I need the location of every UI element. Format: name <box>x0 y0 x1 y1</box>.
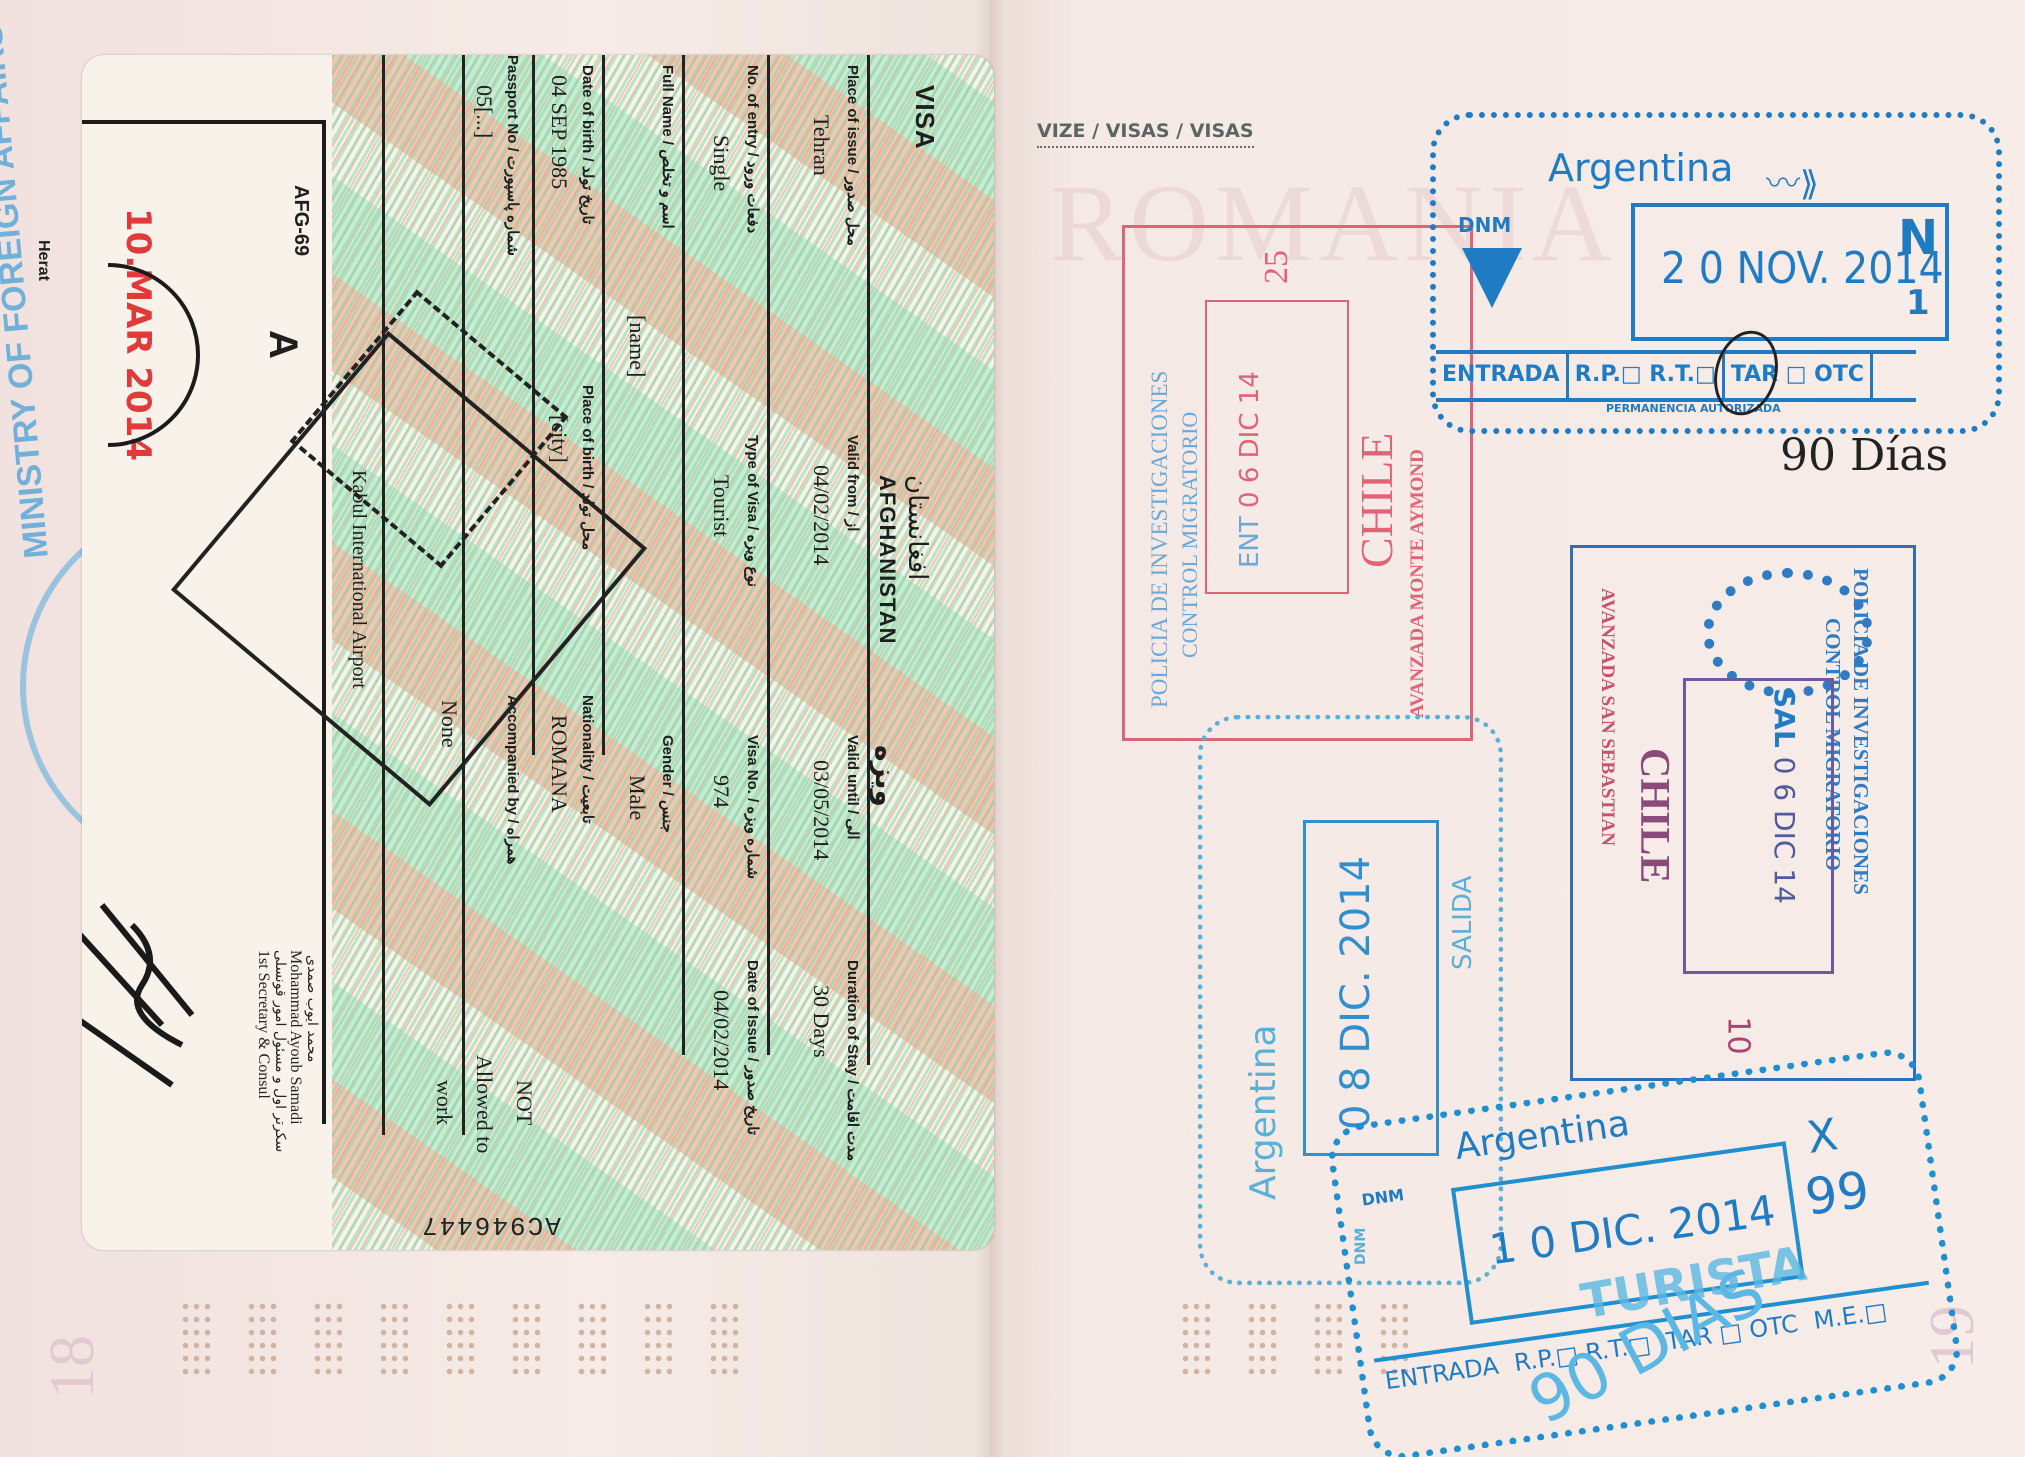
chile-exit-number: 10 <box>1721 1016 1756 1054</box>
chile-entry-country: CHILE <box>1350 433 1403 568</box>
argentina-exit-type: SALIDA <box>1448 876 1478 970</box>
field-value-nationality: ROMANA <box>546 715 572 813</box>
chile-entry-place: AVANZADA MONTE AYMOND <box>1407 449 1429 718</box>
visa-divider <box>767 55 770 1055</box>
visas-page-header: VIZE / VISAS / VISAS <box>1037 120 1254 148</box>
afghan-stamp-arc <box>88 255 218 455</box>
visa-divider <box>682 55 685 1055</box>
field-value-date-of-birth: 04 SEP 1985 <box>546 75 572 189</box>
dnm-logo-icon <box>1462 248 1522 308</box>
argentina-exit-date: 0 8 DIC. 2014 <box>1333 856 1379 1130</box>
chile-entry-unit: CONTROL MIGRATORIO <box>1177 412 1203 658</box>
field-value-no-of-entry: Single <box>708 135 734 191</box>
chile-entry-date-box <box>1205 300 1349 594</box>
afghan-stamp-code: AFG-69 <box>289 185 312 256</box>
field-value-date-of-issue: 04/02/2014 <box>708 990 734 1090</box>
chile-entry-number: 25 <box>1258 250 1296 284</box>
field-label-nationality: Nationality / تابعیت <box>579 695 597 824</box>
argentina-entry-2-number: 99 <box>1802 1160 1873 1226</box>
chile-exit-stamp: POLICIA DE INVESTIGACIONES CONTROL MIGRA… <box>1570 545 1916 1081</box>
handwritten-permitted-days: 90 Días <box>1780 430 1948 481</box>
argentina-migration-logo-icon: 〰⟫ <box>1766 156 1819 205</box>
passport-perforation-left <box>180 1300 740 1380</box>
field-value-duration: 30 Days <box>808 985 834 1058</box>
chile-exit-date-box <box>1683 678 1834 974</box>
chile-entry-date: ENT 0 6 DIC 14 <box>1235 371 1265 568</box>
page-number-left: 18 <box>35 1335 109 1399</box>
chile-exit-date: SAL 0 6 DIC 14 <box>1768 688 1801 904</box>
field-label-valid-from: Valid from / از <box>844 435 862 531</box>
chile-exit-place: AVANZADA SAN SEBASTIAN <box>1596 588 1618 846</box>
chile-exit-authority: POLICIA DE INVESTIGACIONES <box>1848 568 1873 895</box>
field-label-passport-no: Passport No / شماره پاسپورت <box>504 55 522 256</box>
argentina-entry-1-agency: DNM <box>1458 213 1511 237</box>
field-label-type-of-visa: Type of Visa / نوع ویزه <box>744 435 762 587</box>
field-value-gender: Male <box>624 775 650 820</box>
field-label-date-of-issue: Date of Issue / تاریخ صدور <box>744 960 762 1135</box>
argentina-exit-country: Argentina <box>1243 1024 1284 1200</box>
field-label-duration: Duration of Stay / مدت اقامت <box>844 960 862 1161</box>
field-label-date-of-birth: Date of birth / تاریخ تولد <box>579 65 597 224</box>
chile-entry-stamp: POLICIA DE INVESTIGACIONES CONTROL MIGRA… <box>1122 225 1473 741</box>
visa-title: VISA <box>909 85 940 150</box>
argentina-entry-2-country: Argentina <box>1452 1103 1632 1168</box>
argentina-entry-1-row: ENTRADA R.P.□ R.T.□ TAR □ OTC <box>1436 350 1916 402</box>
argentina-entry-2-agency: DNM <box>1360 1185 1405 1210</box>
visa-divider <box>602 55 605 755</box>
field-label-full-name: Full Name / اسم و تخلص <box>659 65 677 229</box>
field-value-place-of-issue: Tehran <box>808 115 834 176</box>
field-value-valid-from: 04/02/2014 <box>808 465 834 565</box>
chile-entry-authority: POLICIA DE INVESTIGACIONES <box>1147 371 1173 708</box>
field-value-type-of-visa: Tourist <box>708 475 734 537</box>
argentina-entry-1-letter: N <box>1898 210 1938 266</box>
visa-remark-line-2: Allowed to <box>471 1055 497 1153</box>
field-label-place-of-issue: Place of issue / محل صدور <box>844 65 862 246</box>
visa-serial-number: AC946447 <box>420 1210 561 1240</box>
visa-country: AFGHANISTAN <box>874 475 900 644</box>
visa-country-arabic: افغانستان <box>902 475 932 580</box>
argentina-entry-2-letter: X <box>1804 1109 1841 1164</box>
visa-remark-line-1: NOT <box>511 1080 537 1125</box>
field-label-accompanied-by: Accompanied by / همراه <box>504 695 522 864</box>
visa-remark-line-3: work <box>431 1080 457 1125</box>
argentina-entry-1-country: Argentina <box>1548 146 1733 190</box>
field-value-full-name: [name] <box>624 315 650 377</box>
field-label-no-of-entry: No. of entry / دفعات ورود <box>744 65 762 233</box>
field-value-visa-no: 974 <box>708 775 734 808</box>
afghan-stamp-place: Herat <box>34 240 52 281</box>
argentina-entry-1-number: 1 <box>1906 283 1930 323</box>
field-label-gender: Gender / جنس <box>659 735 677 833</box>
field-label-visa-no: Visa No. / شماره ویزه <box>744 735 762 879</box>
afghan-stamp-letter: A <box>260 330 305 359</box>
field-value-passport-no: 05[...] <box>471 85 497 138</box>
visa-divider <box>867 55 870 1065</box>
chile-exit-country: CHILE <box>1630 748 1678 883</box>
visa-title-arabic: ويزه <box>869 745 902 807</box>
field-value-valid-until: 03/05/2014 <box>808 760 834 860</box>
field-label-valid-until: Valid until / الی <box>844 735 862 840</box>
afghan-stamp-airport: Kabul International Airport <box>347 470 370 689</box>
